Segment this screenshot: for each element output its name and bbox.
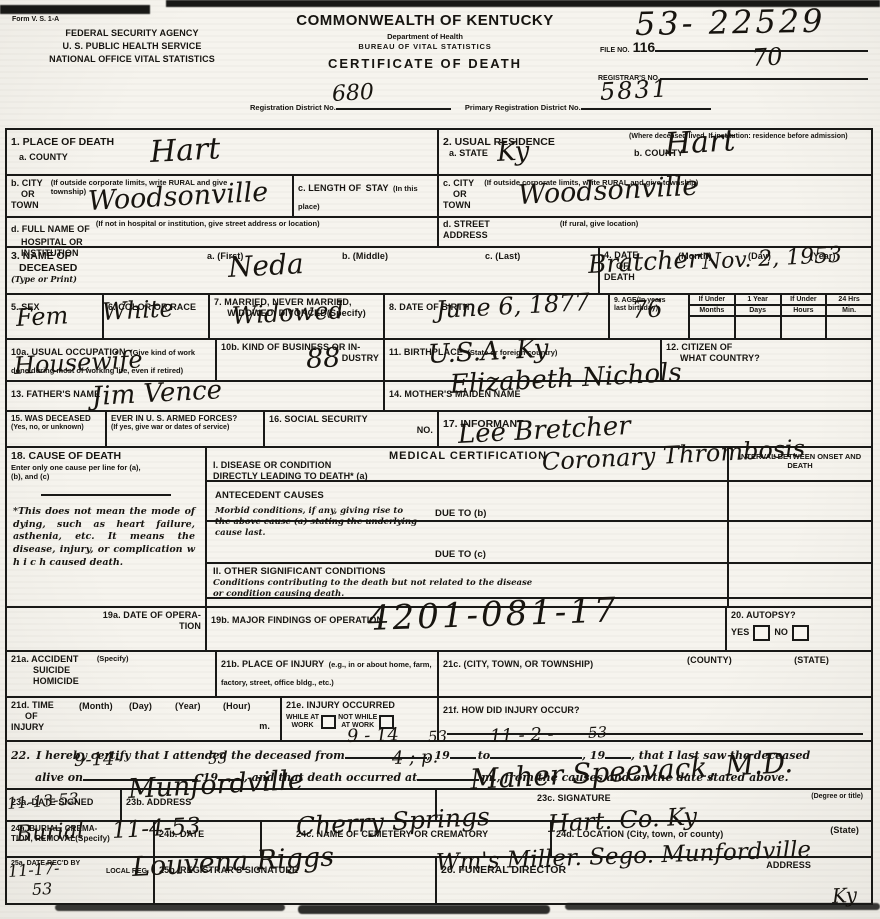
year1-blank [450, 747, 476, 759]
armed-forces-label-1: 15. WAS DECEASED [11, 414, 101, 424]
degree-title-note: (Degree or title) [811, 793, 863, 801]
cause-note-2: *This does not mean the mode of dying, s… [11, 502, 201, 570]
field-autopsy: 20. AUTOPSY? YES NO [727, 608, 871, 650]
while-at-work-line2: WORK [291, 722, 313, 729]
hw-attended-from: 9 - 14 [347, 726, 399, 746]
field-medical-certification: MEDICAL CERTIFICATION I. DISEASE OR COND… [207, 448, 871, 606]
cemetery-state-label: (State) [830, 825, 859, 836]
residence-city-label-1: c. CITY [443, 178, 474, 189]
agency-line-3: NATIONAL OFFICE VITAL STATISTICS [12, 54, 252, 65]
hw-registrar-number: 70 [751, 44, 783, 70]
field-place-of-injury: 21b. PLACE OF INJURY (e.g., in or about … [217, 652, 439, 696]
hw-date-received: 11-17- [7, 860, 60, 880]
accident-label: 21a. ACCIDENT [11, 654, 79, 665]
hospital-note: (If not in hospital or institution, give… [96, 219, 356, 245]
scan-artifact-top-left [0, 5, 150, 14]
age-hdr-hours: Hours [782, 306, 826, 317]
cause-divider [41, 494, 171, 496]
armed-forces-note-2: (If yes, give war or dates of service) [111, 424, 259, 432]
age-col-hours: If Under Hours [782, 295, 828, 338]
hw-sex: Fem [15, 303, 68, 330]
certificate-title: CERTIFICATE OF DEATH [260, 56, 590, 71]
while-at-work-line1: WHILE AT [286, 714, 319, 721]
age-hdr-if-under-1: If Under [690, 295, 734, 306]
disease-label-2: DIRECTLY LEADING TO DEATH* (a) [213, 471, 368, 482]
time-injury-label-2: OF [25, 711, 276, 722]
autopsy-no-checkbox [792, 625, 809, 641]
age-hdr-1-year: 1 Year [736, 295, 780, 306]
bureau-vital-statistics: BUREAU OF VITAL STATISTICS [260, 42, 590, 51]
hw-marital-status: Widowed [231, 298, 344, 328]
length-of-stay: c. LENGTH OF STAY (In this place) [294, 176, 437, 216]
hw-attended-from-year: 53 [428, 729, 448, 745]
statement-number: 22. [11, 749, 30, 762]
antecedent-note: Morbid conditions, if any, giving rise t… [215, 506, 420, 539]
autopsy-no-label: NO [774, 627, 788, 638]
middle-name-label: b. (Middle) [342, 251, 388, 262]
field-social-security: 16. SOCIAL SECURITY NO. [265, 412, 439, 446]
antecedent-causes-title: ANTECEDENT CAUSES [215, 490, 324, 501]
field-age-subboxes: If Under Months 1 Year Days If Under Hou… [690, 295, 871, 338]
operation-date-label-2: TION [11, 621, 201, 632]
interval-column-divider [727, 448, 729, 606]
injury-month-label: (Month) [79, 701, 113, 712]
field-kind-of-business: 10b. KIND OF BUSINESS OR IN- DUSTRY [217, 340, 385, 380]
age-hdr-if-under-2: If Under [782, 295, 826, 306]
hw-business: 88 [305, 344, 341, 373]
hw-alive-on: 9-14- [74, 750, 121, 770]
injury-county-label: (COUNTY) [687, 655, 732, 666]
hw-registration-district: 680 [331, 82, 374, 106]
due-to-c-label: DUE TO (c) [435, 549, 486, 560]
length-of-stay-label-2: STAY [366, 183, 389, 193]
death-certificate-page: Form V. S. 1-A FEDERAL SECURITY AGENCY U… [0, 0, 880, 919]
autopsy-yes-label: YES [731, 627, 749, 638]
field-cause-of-death: 18. CAUSE OF DEATH Enter only one cause … [7, 448, 207, 606]
suicide-label: SUICIDE [33, 665, 79, 676]
residence-city-label-3: TOWN [443, 200, 474, 211]
city-label-2: OR [21, 189, 43, 200]
statement-to: to [478, 749, 490, 762]
age-hdr-24-hrs: 24 Hrs [827, 295, 871, 306]
dept-of-health: Department of Health [260, 32, 590, 41]
hw-birthplace: U.S.A. Ky [427, 336, 549, 368]
field-accident-suicide-homicide: 21a. ACCIDENT SUICIDE HOMICIDE (Specify) [7, 652, 217, 696]
field-was-deceased: 15. WAS DECEASED (Yes, no, or unknown) [7, 412, 107, 446]
hw-residence-state: Ky [496, 138, 530, 166]
hw-funeral-director-state: Ky [831, 885, 857, 906]
homicide-label: HOMICIDE [33, 676, 79, 687]
header-left-block: Form V. S. 1-A FEDERAL SECURITY AGENCY U… [12, 16, 252, 65]
hw-cemetery-location: Hart. Co. Ky [547, 804, 697, 836]
other-significant-title: II. OTHER SIGNIFICANT CONDITIONS [213, 566, 386, 577]
cause-note-1: Enter only one cause per line for (a), (… [11, 463, 141, 482]
ssn-label-1: 16. SOCIAL SECURITY [269, 414, 433, 425]
cause-of-death-title: 18. CAUSE OF DEATH [11, 450, 201, 462]
street-label-1: d. STREET [443, 219, 490, 230]
hospital-name: d. FULL NAME OF HOSPITAL OR INSTITUTION … [7, 218, 437, 246]
disease-condition-label: I. DISEASE OR CONDITION DIRECTLY LEADING… [213, 460, 368, 482]
length-of-stay-label: c. LENGTH OF [298, 183, 361, 193]
hw-date-received-2: 53 [32, 881, 53, 898]
field-time-of-injury: 21d. TIME OF INJURY (Month) (Day) (Year)… [7, 698, 282, 740]
agency-line-2: U. S. PUBLIC HEALTH SERVICE [12, 41, 252, 52]
header-center-block: COMMONWEALTH OF KENTUCKY Department of H… [260, 12, 590, 71]
injury-year-label: (Year) [175, 701, 201, 712]
hw-race: White [101, 296, 174, 324]
business-label-1: 10b. KIND OF BUSINESS OR IN- [221, 342, 379, 353]
city-label-3: TOWN [11, 200, 43, 211]
hw-residence-county: Hart [664, 126, 736, 160]
disease-label-1: I. DISEASE OR CONDITION [213, 460, 368, 471]
field-citizen-of: 12. CITIZEN OF WHAT COUNTRY? [662, 340, 871, 380]
place-of-death-title: 1. PLACE OF DEATH [11, 136, 114, 148]
injury-day-label: (Day) [129, 701, 152, 712]
hw-attended-to-year: 53 [588, 725, 608, 741]
file-no-label: FILE NO. [600, 47, 630, 55]
due-to-b-label: DUE TO (b) [435, 508, 487, 519]
scan-artifact-bottom-1 [55, 904, 285, 911]
last-name-label: c. (Last) [485, 251, 520, 262]
autopsy-label: 20. AUTOPSY? [731, 610, 867, 621]
hw-place-of-death-county: Hart [149, 134, 221, 168]
reg-district-label: Registration District No. [250, 103, 336, 112]
hw-attended-to: 11 - 2 - [490, 726, 554, 746]
while-at-work-label: WHILE AT WORK [286, 714, 319, 731]
hw-primary-registration-district: 5831 [599, 76, 669, 104]
not-while-line1: NOT WHILE [338, 714, 377, 721]
age-hdr-min: Min. [827, 306, 871, 317]
hw-burial-date: 11-4-53 [111, 815, 201, 843]
hw-occupation: Housewife [13, 347, 143, 378]
age-hdr-days: Days [736, 306, 780, 317]
hw-burial: Burial [15, 820, 84, 846]
primary-reg-district-label: Primary Registration District No. [465, 103, 581, 112]
hw-file-number: 53- 22529 [635, 5, 826, 40]
citizen-label-1: 12. CITIZEN OF [666, 342, 867, 353]
hw-age: 76 [631, 296, 663, 322]
age-col-min: 24 Hrs Min. [827, 295, 871, 338]
scan-artifact-bottom-2 [298, 905, 550, 914]
field-armed-forces: EVER IN U. S. ARMED FORCES? (If yes, giv… [107, 412, 265, 446]
city-label-1: b. CITY [11, 178, 43, 189]
how-injury-label: 21f. HOW DID INJURY OCCUR? [443, 705, 580, 715]
age-col-months: If Under Months [690, 295, 736, 338]
injury-state-label: (STATE) [794, 655, 829, 666]
hospital-label-1: d. FULL NAME OF [11, 224, 90, 234]
street-label-2: ADDRESS [443, 230, 490, 241]
injury-hour-label: (Hour) [223, 701, 251, 712]
place-of-injury-label: 21b. PLACE OF INJURY [221, 659, 324, 669]
injury-city-label: 21c. (CITY, TOWN, OR TOWNSHIP) [443, 659, 593, 669]
statement-text-3: alive on [35, 771, 83, 784]
hw-death-time: 4 ; p. [392, 748, 439, 768]
field-date-of-operation: 19a. DATE OF OPERA- TION [7, 608, 207, 650]
age-col-days: 1 Year Days [736, 295, 782, 338]
age-hdr-months: Months [690, 306, 734, 317]
armed-forces-label-2: EVER IN U. S. ARMED FORCES? [111, 414, 259, 424]
place-of-death-county-label: a. COUNTY [19, 152, 433, 163]
injury-m-label: m. [259, 721, 270, 732]
residence-state-label: a. STATE [449, 148, 488, 159]
commonwealth-title: COMMONWEALTH OF KENTUCKY [260, 12, 590, 29]
while-at-work-checkbox [321, 715, 336, 729]
operation-date-label-1: 19a. DATE OF OPERA- [11, 610, 201, 621]
time-injury-label-3: INJURY [11, 722, 276, 733]
agency-line-1: FEDERAL SECURITY AGENCY [12, 28, 252, 39]
hw-major-findings: 4201-081-17 [367, 593, 619, 636]
armed-forces-note-1: (Yes, no, or unknown) [11, 424, 101, 432]
hospital-label-2: HOSPITAL OR [21, 237, 90, 248]
residence-city-label-2: OR [453, 189, 474, 200]
med-line-c [207, 562, 871, 564]
ssn-label-2: NO. [269, 425, 433, 436]
name-title-2: DECEASED [19, 262, 594, 274]
street-note: (If rural, give location) [560, 219, 638, 243]
form-number: Form V. S. 1-A [12, 16, 252, 24]
injury-occurred-label: 21e. INJURY OCCURRED [286, 700, 433, 711]
md-signature-label: 23c. SIGNATURE [537, 793, 611, 804]
accident-specify-note: (Specify) [97, 654, 129, 686]
citizen-label-2: WHAT COUNTRY? [680, 353, 867, 364]
hw-last-name: Bratcher [587, 246, 700, 277]
hw-first-name: Neda [227, 250, 304, 282]
residence-street: d. STREET ADDRESS (If rural, give locati… [439, 218, 871, 244]
business-label-2: DUSTRY [221, 353, 379, 364]
father-label: 13. FATHER'S NAME [11, 389, 100, 399]
hw-alive-on-year: 53 [208, 751, 228, 767]
major-findings-label: 19b. MAJOR FINDINGS OF OPERATION [211, 615, 383, 625]
autopsy-yes-checkbox [753, 625, 770, 641]
field-injury-location: 21c. (CITY, TOWN, OR TOWNSHIP) (COUNTY) … [439, 652, 871, 696]
usual-residence-note: (Where deceased lived. If institution: r… [629, 133, 857, 141]
hw-father-name: Jim Vence [91, 377, 222, 410]
